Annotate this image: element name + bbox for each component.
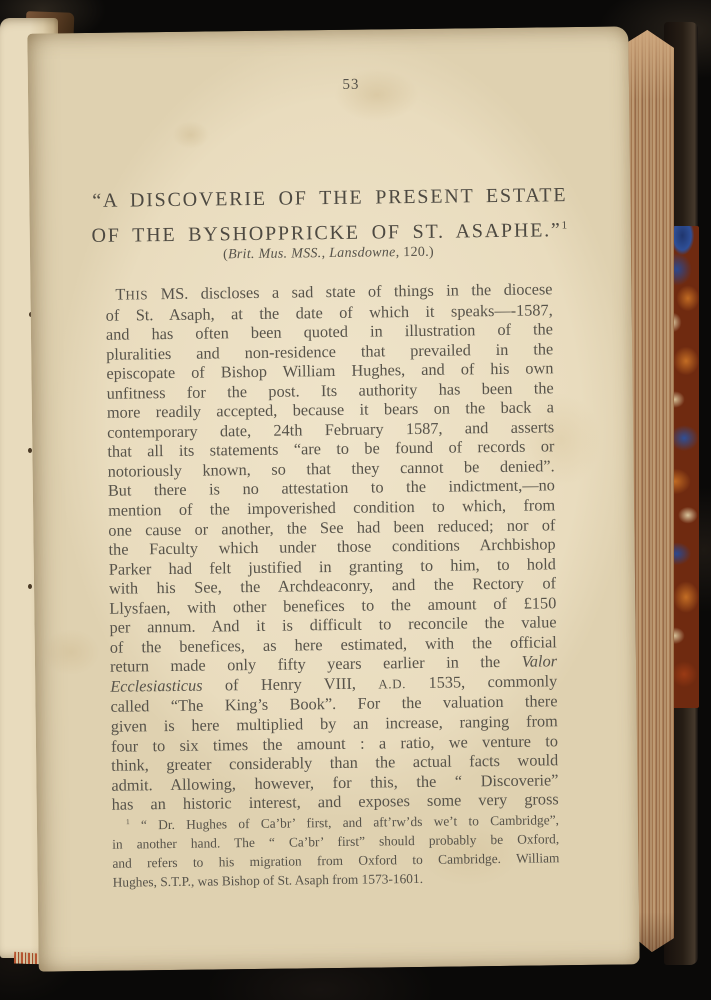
text-line: Hughes, S.T.P., was Bishop of St. Asaph …: [113, 867, 560, 891]
footnote: 1 “ Dr. Hughes of Ca’br’ first, and aft’…: [112, 810, 560, 891]
page-number: 53: [319, 76, 383, 94]
binding-stitch: [28, 584, 32, 589]
body-paragraph: THIS MS. discloses a sad state of things…: [105, 279, 558, 814]
book-page: 53 “A DISCOVERIE OF THE PRESENT ESTATEOF…: [27, 26, 639, 971]
book-photograph: 53 “A DISCOVERIE OF THE PRESENT ESTATEOF…: [0, 0, 711, 1000]
